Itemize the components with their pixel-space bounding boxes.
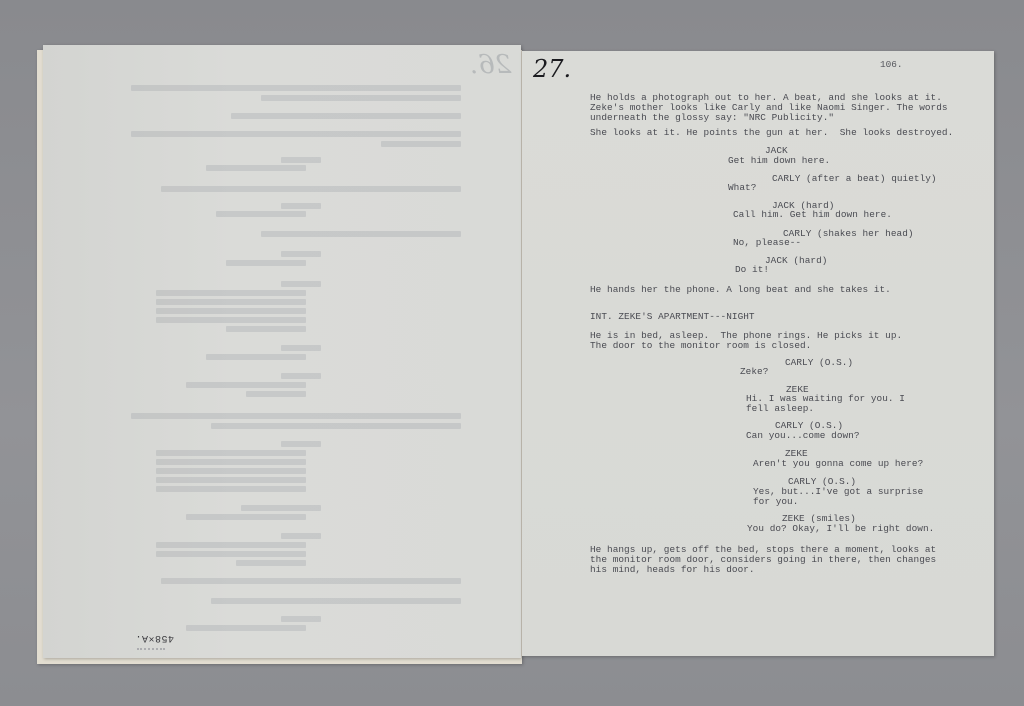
bleed-through-line — [281, 345, 321, 351]
bleed-through-line — [281, 533, 321, 539]
bleed-through-line — [156, 459, 306, 465]
screenplay-slug: INT. ZEKE'S APARTMENT---NIGHT — [590, 312, 755, 322]
bleed-through-line — [131, 85, 461, 91]
screenplay-character: CARLY (after a beat) quietly) — [772, 174, 937, 184]
bleed-through-line — [156, 290, 306, 296]
screenplay-dialogue: What? — [728, 183, 756, 193]
bleed-through-line — [156, 486, 306, 492]
bleed-through-line — [381, 141, 461, 147]
screenplay-dialogue: No, please-- — [733, 238, 801, 248]
bleed-through-line — [226, 326, 306, 332]
bleed-through-line — [131, 131, 461, 137]
right-page-handwritten-number: 27. — [533, 55, 571, 83]
screenplay-action: He hands her the phone. A long beat and … — [590, 285, 891, 295]
bleed-through-line — [216, 211, 306, 217]
bleed-through-line — [186, 514, 306, 520]
bleed-through-line — [206, 165, 306, 171]
bleed-through-line — [211, 598, 461, 604]
screenplay-action: He is in bed, asleep. The phone rings. H… — [590, 331, 902, 351]
bleed-through-line — [281, 157, 321, 163]
screenplay-dialogue: Yes, but...I've got a surprise for you. — [753, 487, 923, 507]
screenplay-dialogue: Hi. I was waiting for you. I fell asleep… — [746, 394, 905, 414]
bleed-through-line — [211, 423, 461, 429]
screenplay-dialogue: Get him down here. — [728, 156, 830, 166]
bleed-through-line — [281, 251, 321, 257]
screenplay-dialogue: Zeke? — [740, 367, 768, 377]
screenplay-action: He hangs up, gets off the bed, stops the… — [590, 545, 936, 575]
screenplay-character: CARLY (O.S.) — [785, 358, 853, 368]
bleed-through-line — [246, 391, 306, 397]
screenplay-character: JACK (hard) — [765, 256, 827, 266]
bleed-through-text — [43, 45, 521, 658]
left-page — [43, 45, 521, 658]
screenplay-dialogue: You do? Okay, I'll be right down. — [747, 524, 934, 534]
bleed-through-line — [156, 299, 306, 305]
bleed-through-line — [186, 625, 306, 631]
stamp-underline — [137, 648, 165, 653]
bleed-through-line — [261, 231, 461, 237]
bleed-through-line — [156, 317, 306, 323]
bleed-through-line — [261, 95, 461, 101]
bleed-through-line — [281, 373, 321, 379]
bleed-through-line — [161, 186, 461, 192]
screenplay-dialogue: Call him. Get him down here. — [733, 210, 892, 220]
bleed-through-line — [131, 413, 461, 419]
bleed-through-line — [156, 450, 306, 456]
bleed-through-line — [236, 560, 306, 566]
bleed-through-line — [156, 468, 306, 474]
bleed-through-line — [156, 551, 306, 557]
bleed-through-line — [281, 441, 321, 447]
bleed-through-line — [186, 382, 306, 388]
bleed-through-line — [241, 505, 321, 511]
page-number: 106. — [880, 59, 903, 70]
bleed-through-line — [156, 477, 306, 483]
bleed-through-line — [156, 542, 306, 548]
screenplay-action: He holds a photograph out to her. A beat… — [590, 93, 948, 123]
left-page-handwritten-number: 26. — [470, 50, 511, 80]
screenplay-action: She looks at it. He points the gun at he… — [590, 128, 953, 138]
screenplay-dialogue: Aren't you gonna come up here? — [753, 459, 923, 469]
bleed-through-line — [281, 616, 321, 622]
bleed-through-line — [206, 354, 306, 360]
bleed-through-line — [226, 260, 306, 266]
screenplay-dialogue: Do it! — [735, 265, 769, 275]
screenplay-character: CARLY (shakes her head) — [783, 229, 914, 239]
bleed-through-line — [161, 578, 461, 584]
archive-stamp: 458×A. — [135, 632, 174, 643]
bleed-through-line — [231, 113, 461, 119]
bleed-through-line — [156, 308, 306, 314]
bleed-through-line — [281, 203, 321, 209]
screenplay-dialogue: Can you...come down? — [746, 431, 860, 441]
bleed-through-line — [281, 281, 321, 287]
